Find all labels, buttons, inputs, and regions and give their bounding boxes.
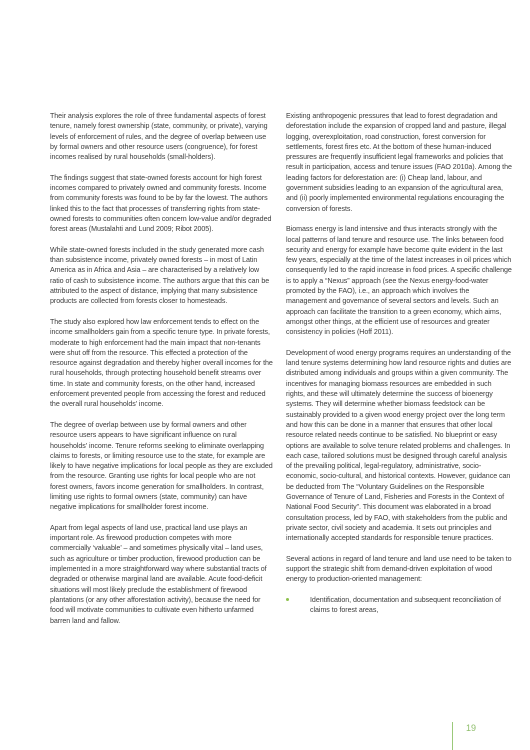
right-column: Existing anthropogenic pressures that le… [286, 111, 512, 616]
document-page: Their analysis explores the role of thre… [0, 0, 530, 750]
paragraph: Biomass energy is land intensive and thu… [286, 224, 512, 337]
bullet-item: Identification, documentation and subseq… [286, 595, 512, 616]
bullet-text: Identification, documentation and subseq… [310, 596, 501, 614]
page-number-divider [452, 722, 453, 750]
paragraph: While state-owned forests included in th… [50, 245, 274, 307]
left-column: Their analysis explores the role of thre… [50, 111, 274, 636]
paragraph: Existing anthropogenic pressures that le… [286, 111, 512, 214]
paragraph: The degree of overlap between use by for… [50, 420, 274, 513]
paragraph: The study also explored how law enforcem… [50, 317, 274, 410]
paragraph: Development of wood energy programs requ… [286, 348, 512, 544]
paragraph: Several actions in regard of land tenure… [286, 554, 512, 585]
paragraph: Their analysis explores the role of thre… [50, 111, 274, 162]
bullet-dot-icon [286, 598, 289, 601]
paragraph: The findings suggest that state-owned fo… [50, 173, 274, 235]
bullet-list: Identification, documentation and subseq… [286, 595, 512, 616]
page-number: 19 [466, 723, 476, 733]
paragraph: Apart from legal aspects of land use, pr… [50, 523, 274, 626]
